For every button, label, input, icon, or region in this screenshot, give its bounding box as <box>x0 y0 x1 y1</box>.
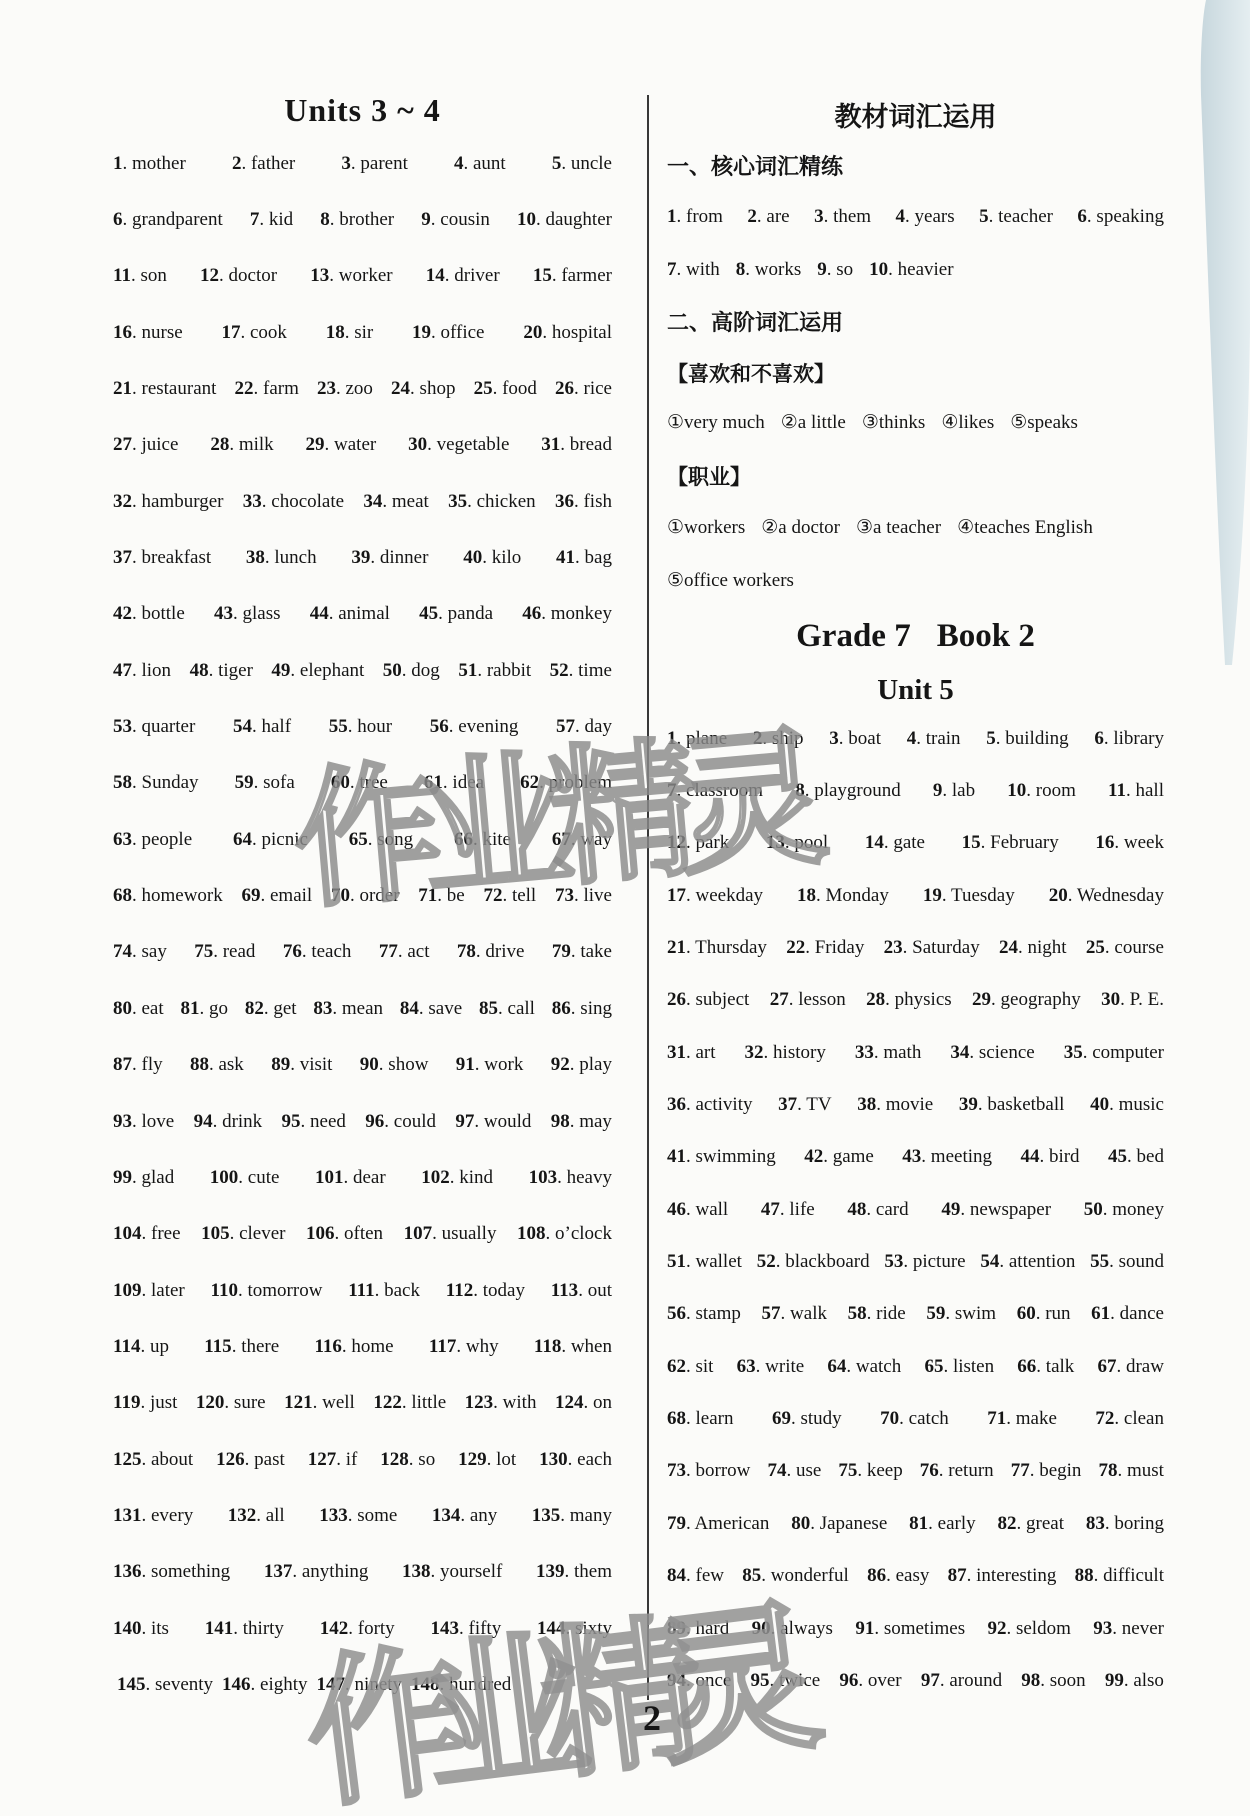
vocab-item: 126. past <box>216 1450 285 1469</box>
vocab-item: ④likes <box>941 413 994 432</box>
vocab-item: 39. basketball <box>959 1095 1065 1114</box>
vocab-item: 77. act <box>379 942 430 961</box>
right-column-title: 教材词汇运用 <box>667 95 1164 134</box>
vocab-item: 24. shop <box>391 379 455 398</box>
likes-dislikes-heading: 【喜欢和不喜欢】 <box>667 358 1164 388</box>
vocab-item: 94. drink <box>194 1112 263 1131</box>
vocab-item: 67. draw <box>1097 1357 1163 1376</box>
vocab-item: 98. may <box>551 1112 612 1131</box>
page-number: 2 <box>630 1697 674 1739</box>
vocab-item: 35. computer <box>1064 1043 1164 1062</box>
vocab-item: 2. father <box>232 154 295 173</box>
vocab-item: 131. every <box>113 1506 193 1525</box>
vocab-item: 87. fly <box>113 1055 163 1074</box>
vocab-item: ③a teacher <box>856 518 941 537</box>
vocab-item: 102. kind <box>421 1168 493 1187</box>
vocab-row: 1. from2. are3. them4. years5. teacher6.… <box>667 190 1164 243</box>
vocab-item: 19. Tuesday <box>923 886 1015 905</box>
scanned-workbook-page: Units 3 ~ 4 1. mother2. father3. parent4… <box>0 0 1250 1816</box>
vocab-row: 93. love94. drink95. need96. could97. wo… <box>113 1093 612 1149</box>
vocab-item: 6. grandparent <box>113 210 223 229</box>
vocab-item: 130. each <box>539 1450 612 1469</box>
vocab-item: 19. office <box>412 323 484 342</box>
vocab-item: 2. ship <box>753 729 804 748</box>
vocab-row: 58. Sunday59. sofa60. tree61. idea62. pr… <box>113 755 612 811</box>
vocab-item: 147. ninety <box>317 1675 403 1694</box>
vocab-item: 101. dear <box>315 1168 386 1187</box>
vocab-row: 7. classroom8. playground9. lab10. room1… <box>667 764 1164 816</box>
vocab-item: 1. mother <box>113 154 186 173</box>
vocab-row: 104. free105. clever106. often107. usual… <box>113 1206 612 1262</box>
vocab-item: 56. evening <box>430 717 519 736</box>
vocab-item: 97. around <box>921 1671 1002 1690</box>
vocab-item: 23. zoo <box>317 379 373 398</box>
vocab-item: 55. sound <box>1090 1252 1164 1271</box>
vocab-item: 38. lunch <box>246 548 317 567</box>
vocab-item: 1. plane <box>667 729 727 748</box>
vocab-item: 2. are <box>747 207 789 226</box>
vocab-item: 52. blackboard <box>757 1252 870 1271</box>
vocab-item: ④teaches English <box>957 518 1093 537</box>
vocab-item: 79. American <box>667 1514 769 1533</box>
vocab-row: 136. something137. anything138. yourself… <box>113 1544 612 1600</box>
vocab-item: 138. yourself <box>402 1562 502 1581</box>
vocab-item: 100. cute <box>210 1168 280 1187</box>
vocab-item: 54. attention <box>980 1252 1075 1271</box>
vocab-item: 31. bread <box>541 435 612 454</box>
vocab-item: 62. sit <box>667 1357 713 1376</box>
vocab-row: 80. eat81. go82. get83. mean84. save85. … <box>113 980 612 1036</box>
vocab-row: 42. bottle43. glass44. animal45. panda46… <box>113 586 612 642</box>
vocab-item: 121. well <box>284 1393 355 1412</box>
vocab-row: ①very much②a little③thinks④likes⑤speaks <box>667 396 1164 449</box>
vocab-item: 9. lab <box>933 781 975 800</box>
vocab-item: 133. some <box>319 1506 397 1525</box>
vocab-item: 75. read <box>194 942 255 961</box>
vocab-item: 30. vegetable <box>408 435 509 454</box>
vocab-item: 8. playground <box>795 781 901 800</box>
vocab-item: 13. worker <box>310 266 392 285</box>
vocab-item: ③thinks <box>862 413 926 432</box>
vocab-item: 85. call <box>479 999 535 1018</box>
vocab-item: 64. watch <box>827 1357 901 1376</box>
vocab-item: 142. forty <box>320 1619 395 1638</box>
vocab-item: 61. dance <box>1091 1304 1164 1323</box>
vocab-item: 6. speaking <box>1077 207 1164 226</box>
vocab-row: 99. glad100. cute101. dear102. kind103. … <box>113 1149 612 1205</box>
vocab-item: 47. life <box>761 1200 815 1219</box>
vocab-item: 40. music <box>1090 1095 1164 1114</box>
vocab-item: 134. any <box>432 1506 497 1525</box>
vocab-item: 62. problem <box>520 773 612 792</box>
vocab-item: 103. heavy <box>529 1168 612 1187</box>
left-column-title: Units 3 ~ 4 <box>113 92 612 129</box>
vocab-item: 58. Sunday <box>113 773 199 792</box>
vocab-item: 79. take <box>552 942 612 961</box>
vocab-item: 74. say <box>113 942 167 961</box>
vocab-item: 82. great <box>998 1514 1064 1533</box>
vocab-row: 87. fly88. ask89. visit90. show91. work9… <box>113 1037 612 1093</box>
vocab-item: 35. chicken <box>448 492 536 511</box>
vocab-item: 29. water <box>306 435 377 454</box>
vocab-item: 74. use <box>767 1461 821 1480</box>
vocab-item: 80. Japanese <box>791 1514 887 1533</box>
vocab-item: 88. difficult <box>1075 1566 1164 1585</box>
vocab-item: 75. keep <box>838 1461 902 1480</box>
likes-dislikes-answers: ①very much②a little③thinks④likes⑤speaks <box>667 396 1164 449</box>
vocab-row: 31. art32. history33. math34. science35.… <box>667 1026 1164 1078</box>
vocab-item: 55. hour <box>329 717 392 736</box>
vocab-item: 72. clean <box>1095 1409 1164 1428</box>
vocab-item: 10. heavier <box>869 260 953 279</box>
vocab-item: 18. sir <box>326 323 374 342</box>
vocab-item: 20. Wednesday <box>1049 886 1164 905</box>
vocab-item: 120. sure <box>196 1393 266 1412</box>
vocab-item: 140. its <box>113 1619 169 1638</box>
vocab-item: 33. math <box>855 1043 922 1062</box>
column-divider <box>647 95 649 1700</box>
vocab-item: 66. talk <box>1017 1357 1074 1376</box>
vocab-item: 25. food <box>474 379 537 398</box>
vocab-row: 56. stamp57. walk58. ride59. swim60. run… <box>667 1288 1164 1340</box>
vocab-item: 81. early <box>909 1514 975 1533</box>
vocab-item: 12. park <box>667 833 729 852</box>
vocab-row: 32. hamburger33. chocolate34. meat35. ch… <box>113 473 612 529</box>
vocab-item: 31. art <box>667 1043 716 1062</box>
grade-label: Grade 7 <box>796 618 911 655</box>
core-vocab-heading: 一、核心词汇精练 <box>667 150 1164 181</box>
vocab-item: 12. doctor <box>200 266 277 285</box>
vocab-item: 109. later <box>113 1281 185 1300</box>
vocab-item: 46. monkey <box>522 604 612 623</box>
advanced-vocab-heading: 二、高阶词汇运用 <box>667 306 1164 337</box>
vocab-item: 99. also <box>1105 1671 1164 1690</box>
vocab-item: 148. hundred <box>411 1675 511 1694</box>
vocab-item: ①very much <box>667 413 765 432</box>
vocab-item: 8. brother <box>320 210 394 229</box>
vocab-item: 63. write <box>737 1357 805 1376</box>
vocab-item: 108. o’clock <box>517 1224 612 1243</box>
vocab-item: 1. from <box>667 207 723 226</box>
vocab-item: 111. back <box>348 1281 420 1300</box>
vocab-item: 144. sixty <box>537 1619 612 1638</box>
vocab-row: 140. its141. thirty142. forty143. fifty1… <box>113 1600 612 1656</box>
vocab-item: 87. interesting <box>948 1566 1057 1585</box>
vocab-item: 143. fifty <box>431 1619 502 1638</box>
vocab-item: 28. milk <box>210 435 273 454</box>
vocab-item: 36. fish <box>555 492 612 511</box>
vocab-item: 96. could <box>365 1112 436 1131</box>
core-vocab-answers: 1. from2. are3. them4. years5. teacher6.… <box>667 190 1164 296</box>
vocab-item: 8. works <box>736 260 801 279</box>
vocab-item: 61. idea <box>424 773 484 792</box>
vocab-item: 65. song <box>349 830 413 849</box>
vocab-item: 91. work <box>456 1055 524 1074</box>
vocab-item: 78. drive <box>457 942 525 961</box>
vocab-row: 27. juice28. milk29. water30. vegetable3… <box>113 417 612 473</box>
vocab-item: 5. teacher <box>979 207 1053 226</box>
vocab-item: 22. Friday <box>786 938 864 957</box>
vocab-item: 21. Thursday <box>667 938 767 957</box>
vocab-row: ⑤office workers <box>667 554 1164 607</box>
vocab-item: 34. science <box>950 1043 1034 1062</box>
vocab-row: 53. quarter54. half55. hour56. evening57… <box>113 698 612 754</box>
vocab-item: 14. driver <box>426 266 500 285</box>
vocab-item: 32. hamburger <box>113 492 223 511</box>
vocab-item: 86. easy <box>867 1566 929 1585</box>
vocab-item: 20. hospital <box>523 323 612 342</box>
vocab-item: 45. bed <box>1108 1147 1164 1166</box>
vocab-item: 92. seldom <box>987 1619 1070 1638</box>
vocab-item: 66. kite <box>454 830 511 849</box>
vocab-item: 27. juice <box>113 435 178 454</box>
vocab-item: 50. money <box>1084 1200 1164 1219</box>
vocab-item: 50. dog <box>383 661 440 680</box>
vocab-row: 12. park13. pool14. gate15. February16. … <box>667 817 1164 869</box>
page-edge-shadow <box>1190 0 1250 700</box>
vocab-item: 145. seventy <box>117 1675 213 1694</box>
vocab-item: 43. meeting <box>902 1147 992 1166</box>
vocab-item: 127. if <box>308 1450 358 1469</box>
vocab-item: 6. library <box>1094 729 1164 748</box>
vocab-row: 125. about126. past127. if128. so129. lo… <box>113 1431 612 1487</box>
jobs-heading: 【职业】 <box>667 461 1164 491</box>
vocab-item: 113. out <box>551 1281 612 1300</box>
vocab-item: 70. catch <box>880 1409 949 1428</box>
vocab-item: 85. wonderful <box>742 1566 849 1585</box>
vocab-item: 7. kid <box>250 210 293 229</box>
vocab-item: 115. there <box>204 1337 279 1356</box>
vocab-item: 29. geography <box>972 990 1081 1009</box>
vocab-item: 114. up <box>113 1337 169 1356</box>
vocab-item: 81. go <box>181 999 229 1018</box>
vocab-item: 7. classroom <box>667 781 763 800</box>
vocab-item: 39. dinner <box>351 548 428 567</box>
vocab-row: 114. up115. there116. home117. why118. w… <box>113 1318 612 1374</box>
vocab-item: 51. wallet <box>667 1252 742 1271</box>
vocab-row: 74. say75. read76. teach77. act78. drive… <box>113 924 612 980</box>
vocab-item: 89. visit <box>271 1055 332 1074</box>
vocab-item: 106. often <box>306 1224 383 1243</box>
vocab-item: 15. farmer <box>533 266 612 285</box>
vocab-item: 10. daughter <box>517 210 612 229</box>
vocab-row: 17. weekday18. Monday19. Tuesday20. Wedn… <box>667 869 1164 921</box>
vocab-item: 4. aunt <box>454 154 506 173</box>
vocab-item: 48. tiger <box>190 661 253 680</box>
vocab-item: 104. free <box>113 1224 181 1243</box>
vocab-item: ⑤office workers <box>667 571 794 590</box>
vocab-row: 46. wall47. life48. card49. newspaper50.… <box>667 1183 1164 1235</box>
vocab-row: 145. seventy146. eighty147. ninety148. h… <box>117 1656 612 1712</box>
vocab-item: 3. parent <box>341 154 407 173</box>
vocab-item: 53. picture <box>884 1252 965 1271</box>
vocab-item: 46. wall <box>667 1200 728 1219</box>
vocab-item: 22. farm <box>235 379 299 398</box>
vocab-item: 17. weekday <box>667 886 763 905</box>
vocab-item: 59. sofa <box>235 773 295 792</box>
vocab-item: 64. picnic <box>233 830 308 849</box>
vocab-item: 37. TV <box>778 1095 831 1114</box>
vocab-item: 32. history <box>745 1043 826 1062</box>
vocab-item: 7. with <box>667 260 720 279</box>
vocab-row: 89. hard90. always91. sometimes92. seldo… <box>667 1602 1164 1654</box>
vocab-item: 36. activity <box>667 1095 752 1114</box>
vocab-row: 16. nurse17. cook18. sir19. office20. ho… <box>113 304 612 360</box>
vocab-item: 123. with <box>465 1393 537 1412</box>
vocab-item: 41. bag <box>556 548 612 567</box>
vocab-item: 88. ask <box>190 1055 244 1074</box>
vocab-item: 71. make <box>987 1409 1057 1428</box>
vocab-item: 43. glass <box>214 604 281 623</box>
vocab-item: 76. teach <box>283 942 352 961</box>
vocab-item: 44. animal <box>310 604 390 623</box>
vocab-item: 28. physics <box>866 990 952 1009</box>
vocab-item: 9. so <box>817 260 853 279</box>
vocab-item: 18. Monday <box>797 886 889 905</box>
vocab-item: 128. so <box>380 1450 435 1469</box>
vocab-item: 129. lot <box>458 1450 516 1469</box>
vocab-item: 94. once <box>667 1671 731 1690</box>
vocab-row: ①workers②a doctor③a teacher④teaches Engl… <box>667 501 1164 554</box>
vocab-item: 93. love <box>113 1112 174 1131</box>
vocab-row: 79. American80. Japanese81. early82. gre… <box>667 1497 1164 1549</box>
vocab-item: 56. stamp <box>667 1304 741 1323</box>
vocab-item: 5. uncle <box>552 154 612 173</box>
vocab-item: 58. ride <box>848 1304 906 1323</box>
vocab-item: 33. chocolate <box>243 492 344 511</box>
book-label: Book 2 <box>937 618 1035 655</box>
vocab-item: 119. just <box>113 1393 177 1412</box>
vocab-item: 57. walk <box>762 1304 827 1323</box>
vocab-item: 9. cousin <box>421 210 490 229</box>
vocab-item: 52. time <box>550 661 612 680</box>
vocab-item: 38. movie <box>857 1095 933 1114</box>
vocab-item: 41. swimming <box>667 1147 776 1166</box>
vocab-item: 71. be <box>418 886 464 905</box>
vocab-item: 34. meat <box>363 492 428 511</box>
vocab-row: 47. lion48. tiger49. elephant50. dog51. … <box>113 642 612 698</box>
vocab-item: 116. home <box>314 1337 393 1356</box>
vocab-item: ②a doctor <box>761 518 840 537</box>
vocab-item: 3. boat <box>829 729 881 748</box>
vocab-item: 54. half <box>233 717 291 736</box>
vocab-item: 69. study <box>772 1409 842 1428</box>
vocab-item: 4. train <box>907 729 961 748</box>
vocab-item: 53. quarter <box>113 717 195 736</box>
vocab-item: 26. subject <box>667 990 749 1009</box>
vocab-item: 40. kilo <box>463 548 521 567</box>
vocab-item: 78. must <box>1099 1461 1164 1480</box>
vocab-row: 7. with8. works9. so10. heavier <box>667 243 1164 296</box>
vocab-item: ①workers <box>667 518 745 537</box>
vocab-item: 4. years <box>896 207 955 226</box>
vocab-item: 17. cook <box>221 323 286 342</box>
vocab-item: 26. rice <box>555 379 612 398</box>
vocab-row: 131. every132. all133. some134. any135. … <box>113 1487 612 1543</box>
vocab-item: 95. need <box>282 1112 346 1131</box>
vocab-item: 97. would <box>455 1112 531 1131</box>
vocab-row: 36. activity37. TV38. movie39. basketbal… <box>667 1078 1164 1130</box>
vocab-item: 118. when <box>534 1337 612 1356</box>
vocab-item: 90. show <box>360 1055 429 1074</box>
vocab-row: 21. restaurant22. farm23. zoo24. shop25.… <box>113 360 612 416</box>
vocab-item: 44. bird <box>1020 1147 1079 1166</box>
vocab-item: 60. tree <box>331 773 388 792</box>
vocab-item: 67. way <box>552 830 612 849</box>
vocab-row: 84. few85. wonderful86. easy87. interest… <box>667 1550 1164 1602</box>
vocab-item: 73. live <box>555 886 612 905</box>
vocab-item: 48. card <box>847 1200 908 1219</box>
vocab-item: 146. eighty <box>222 1675 308 1694</box>
vocab-item: 57. day <box>556 717 612 736</box>
vocab-item: ②a little <box>781 413 846 432</box>
vocab-row: 119. just120. sure121. well122. little12… <box>113 1375 612 1431</box>
vocab-row: 68. learn69. study70. catch71. make72. c… <box>667 1392 1164 1444</box>
vocab-item: 37. breakfast <box>113 548 211 567</box>
vocab-item: 86. sing <box>552 999 612 1018</box>
vocab-item: 42. game <box>804 1147 874 1166</box>
vocab-item: 93. never <box>1093 1619 1164 1638</box>
vocab-item: 21. restaurant <box>113 379 216 398</box>
vocab-item: 24. night <box>999 938 1067 957</box>
vocab-row: 6. grandparent7. kid8. brother9. cousin1… <box>113 191 612 247</box>
vocab-item: 117. why <box>429 1337 499 1356</box>
vocab-item: 16. week <box>1095 833 1164 852</box>
vocab-item: 89. hard <box>667 1619 729 1638</box>
left-vocab-list: 1. mother2. father3. parent4. aunt5. unc… <box>113 135 612 1713</box>
vocab-row: 26. subject27. lesson28. physics29. geog… <box>667 974 1164 1026</box>
vocab-item: 11. son <box>113 266 167 285</box>
vocab-item: 125. about <box>113 1450 193 1469</box>
vocab-item: 92. play <box>551 1055 612 1074</box>
grade-book-heading: Grade 7 Book 2 <box>667 618 1164 655</box>
vocab-row: 68. homework69. email70. order71. be72. … <box>113 867 612 923</box>
vocab-item: 69. email <box>242 886 313 905</box>
vocab-item: 65. listen <box>924 1357 994 1376</box>
vocab-item: 30. P. E. <box>1101 990 1164 1009</box>
vocab-item: 25. course <box>1086 938 1164 957</box>
vocab-item: 11. hall <box>1108 781 1164 800</box>
vocab-item: 84. save <box>400 999 462 1018</box>
vocab-item: 59. swim <box>926 1304 996 1323</box>
vocab-item: 80. eat <box>113 999 164 1018</box>
vocab-item: 68. learn <box>667 1409 733 1428</box>
vocab-item: 110. tomorrow <box>211 1281 323 1300</box>
vocab-item: 136. something <box>113 1562 230 1581</box>
vocab-item: 63. people <box>113 830 192 849</box>
vocab-item: 91. sometimes <box>855 1619 965 1638</box>
vocab-row: 62. sit63. write64. watch65. listen66. t… <box>667 1340 1164 1392</box>
vocab-item: 83. boring <box>1086 1514 1164 1533</box>
vocab-item: 14. gate <box>865 833 925 852</box>
vocab-item: 5. building <box>986 729 1068 748</box>
vocab-row: 41. swimming42. game43. meeting44. bird4… <box>667 1131 1164 1183</box>
jobs-answers: ①workers②a doctor③a teacher④teaches Engl… <box>667 501 1164 607</box>
vocab-item: ⑤speaks <box>1010 413 1078 432</box>
vocab-item: 105. clever <box>201 1224 285 1243</box>
vocab-item: 60. run <box>1017 1304 1071 1323</box>
vocab-row: 109. later110. tomorrow111. back112. tod… <box>113 1262 612 1318</box>
vocab-item: 98. soon <box>1021 1671 1085 1690</box>
vocab-item: 45. panda <box>419 604 493 623</box>
vocab-item: 141. thirty <box>205 1619 284 1638</box>
vocab-item: 68. homework <box>113 886 223 905</box>
vocab-item: 51. rabbit <box>458 661 531 680</box>
vocab-item: 124. on <box>555 1393 612 1412</box>
vocab-item: 137. anything <box>264 1562 369 1581</box>
unit5-vocab-list: 1. plane2. ship3. boat4. train5. buildin… <box>667 712 1164 1707</box>
vocab-item: 139. them <box>536 1562 612 1581</box>
